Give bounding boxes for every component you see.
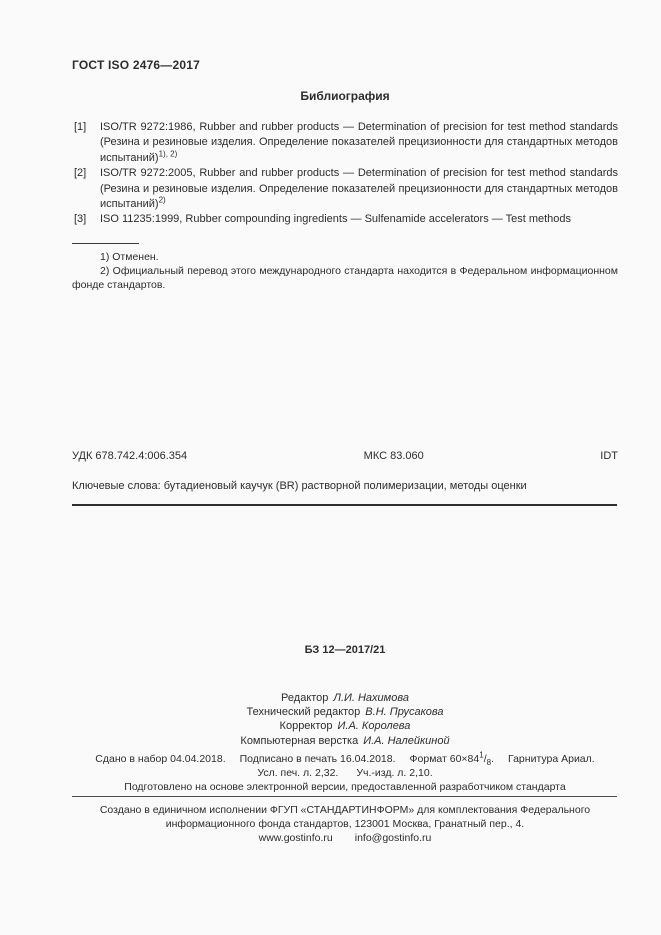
entry-footnote-marker: 2) [159,195,166,204]
set-date: Сдано в набор 04.04.2018. [95,753,225,765]
imprint-line-2: Усл. печ. л. 2,32.Уч.-изд. л. 2,10. [72,766,618,780]
keywords-line: Ключевые слова: бутадиеновый каучук (BR)… [72,480,618,492]
mks-code: МКС 83.060 [364,450,424,462]
staff-role: Редактор [281,692,328,704]
entry-text: ISO 11235:1999, Rubber compounding ingre… [100,213,571,225]
staff-row: РедакторЛ.И. Нахимова [72,691,618,705]
footnote-2: 2) Официальный перевод этого международн… [72,264,618,292]
sign-date: Подписано в печать 16.04.2018. [240,753,396,765]
bibliography-entry: [3]ISO 11235:1999, Rubber compounding in… [72,212,618,227]
staff-name: В.Н. Прусакова [365,706,443,718]
staff-name: И.А. Королева [338,720,411,732]
staff-name: И.А. Налейкиной [363,735,449,747]
footer-separator-rule [72,796,617,797]
bibliography-entry: [1]ISO/TR 9272:1986, Rubber and rubber p… [72,120,618,166]
doc-code-header: ГОСТ ISO 2476—2017 [72,58,200,72]
document-page: ГОСТ ISO 2476—2017 Библиография [1]ISO/T… [0,0,661,935]
idt-mark: IDT [600,450,618,462]
publisher-line-2: информационного фонда стандартов, 123001… [166,818,524,830]
staff-role: Технический редактор [246,706,360,718]
staff-row: КорректорИ.А. Королева [72,719,618,733]
imprint-block: Сдано в набор 04.04.2018.Подписано в печ… [72,752,618,794]
pub-sheets: Уч.-изд. л. 2,10. [356,767,432,779]
contacts-line: www.gostinfo.ruinfo@gostinfo.ru [72,831,618,845]
staff-name: Л.И. Нахимова [333,692,409,704]
footnotes-block: 1) Отменен. 2) Официальный перевод этого… [72,243,618,292]
print-sheets: Усл. печ. л. 2,32. [257,767,338,779]
entry-number: [1] [74,120,86,135]
series-code: БЗ 12—2017/21 [72,644,618,656]
bibliography-list: [1]ISO/TR 9272:1986, Rubber and rubber p… [72,120,618,228]
classification-row: УДК 678.742.4:006.354 МКС 83.060 IDT [72,450,618,462]
publisher-line-1: Создано в единичном исполнении ФГУП «СТА… [100,804,590,816]
imprint-line-1: Сдано в набор 04.04.2018.Подписано в печ… [72,752,618,766]
publisher-footer: Создано в единичном исполнении ФГУП «СТА… [72,803,618,845]
footnote-separator-rule [72,243,139,244]
email-address: info@gostinfo.ru [355,832,432,844]
staff-block: РедакторЛ.И. Нахимова Технический редакт… [72,691,618,748]
horizontal-rule [72,504,617,506]
entry-text: ISO/TR 9272:1986, Rubber and rubber prod… [100,121,618,164]
entry-footnote-marker: 1), 2) [159,149,178,158]
staff-row: Компьютерная версткаИ.А. Налейкиной [72,734,618,748]
staff-role: Компьютерная верстка [240,735,358,747]
bibliography-entry: [2]ISO/TR 9272:2005, Rubber and rubber p… [72,166,618,212]
staff-role: Корректор [280,720,333,732]
typeface: Гарнитура Ариал. [508,753,595,765]
staff-row: Технический редакторВ.Н. Прусакова [72,705,618,719]
entry-text: ISO/TR 9272:2005, Rubber and rubber prod… [100,167,618,210]
footnote-1: 1) Отменен. [72,250,618,264]
entry-number: [3] [74,212,86,227]
format-spec: Формат 60×841/8. [410,753,494,765]
entry-number: [2] [74,166,86,181]
section-title: Библиография [72,89,618,103]
imprint-line-3: Подготовлено на основе электронной верси… [72,780,618,794]
website-url: www.gostinfo.ru [259,832,333,844]
udk-code: УДК 678.742.4:006.354 [72,450,187,462]
publisher-info: Создано в единичном исполнении ФГУП «СТА… [85,803,605,831]
